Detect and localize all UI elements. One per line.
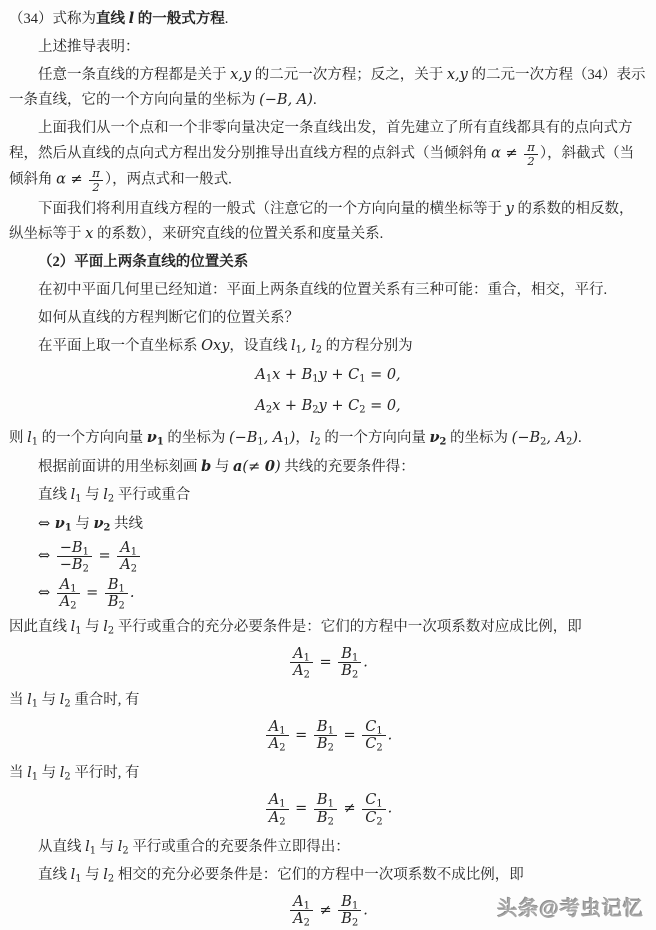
heading-section-2-position-relations: （2）平面上两条直线的位置关系 bbox=[9, 250, 647, 275]
para-derivation-shows: 上述推导表明： bbox=[9, 35, 647, 60]
textbook-page: （34）式称为直线 l 的一般式方程. 上述推导表明： 任意一条直线的方程都是关… bbox=[0, 0, 656, 930]
equation-parallel-condition: A1A2 = B1B2 ≠ C1C2. bbox=[9, 792, 647, 825]
para-from-condition-follows: 从直线 l1 与 l2 平行或重合的充要条件立即得出： bbox=[9, 835, 647, 860]
para-any-line-equation: 任意一条直线的方程都是关于 x,y 的二元一次方程；反之，关于 x,y 的二元一… bbox=[9, 63, 647, 113]
equation-line1-general-form: A1x + B1y + C1 = 0, bbox=[9, 363, 647, 388]
para-parallel-or-coincident-condition: 因此直线 l1 与 l2 平行或重合的充分必要条件是：它们的方程中一次项系数对应… bbox=[9, 615, 647, 640]
equation-ratio-ab: A1A2 = B1B2. bbox=[9, 646, 647, 679]
derivation-step-ratio-b: ⇔ −B1−B2 = A1A2 bbox=[9, 540, 647, 573]
para-intersect-condition: 直线 l1 与 l2 相交的充分必要条件是：它们的方程中一次项系数不成比例，即 bbox=[9, 863, 647, 888]
derivation-step-ratio-ab: ⇔ A1A2 = B1B2. bbox=[9, 577, 647, 610]
equation-coincident-condition: A1A2 = B1B2 = C1C2. bbox=[9, 719, 647, 752]
para-how-to-judge: 如何从直线的方程判断它们的位置关系？ bbox=[9, 306, 647, 331]
equation-line2-general-form: A2x + B2y + C2 = 0, bbox=[9, 394, 647, 419]
para-when-coincident: 当 l1 与 l2 重合时, 有 bbox=[9, 688, 647, 713]
para-parallel-or-coincident-claim: 直线 l1 与 l2 平行或重合 bbox=[9, 483, 647, 508]
derivation-step-collinear: ⇔ ν1 与 ν2 共线 bbox=[9, 511, 647, 537]
para-collinear-condition-recall: 根据前面讲的用坐标刻画 b 与 a(≠ 0) 共线的充要条件得： bbox=[9, 454, 647, 480]
para-when-parallel: 当 l1 与 l2 平行时, 有 bbox=[9, 761, 647, 786]
para-direction-vectors: 则 l1 的一个方向向量 ν1 的坐标为 (−B1, A1)，l2 的一个方向向… bbox=[9, 425, 647, 451]
para-use-general-form: 下面我们将利用直线方程的一般式（注意它的一个方向向量的横坐标等于 y 的系数的相… bbox=[9, 197, 647, 247]
para-point-direction-recap: 上面我们从一个点和一个非零向量决定一条直线出发，首先建立了所有直线都具有的点向式… bbox=[9, 116, 647, 194]
para-general-form-naming: （34）式称为直线 l 的一般式方程. bbox=[9, 6, 647, 32]
para-three-possibilities: 在初中平面几何里已经知道：平面上两条直线的位置关系有三种可能：重合，相交，平行. bbox=[9, 278, 647, 303]
para-setup-coordinate-system: 在平面上取一个直坐标系 Oxy，设直线 l1, l2 的方程分别为 bbox=[9, 334, 647, 359]
watermark: 头条@考虫记忆 bbox=[497, 892, 644, 921]
